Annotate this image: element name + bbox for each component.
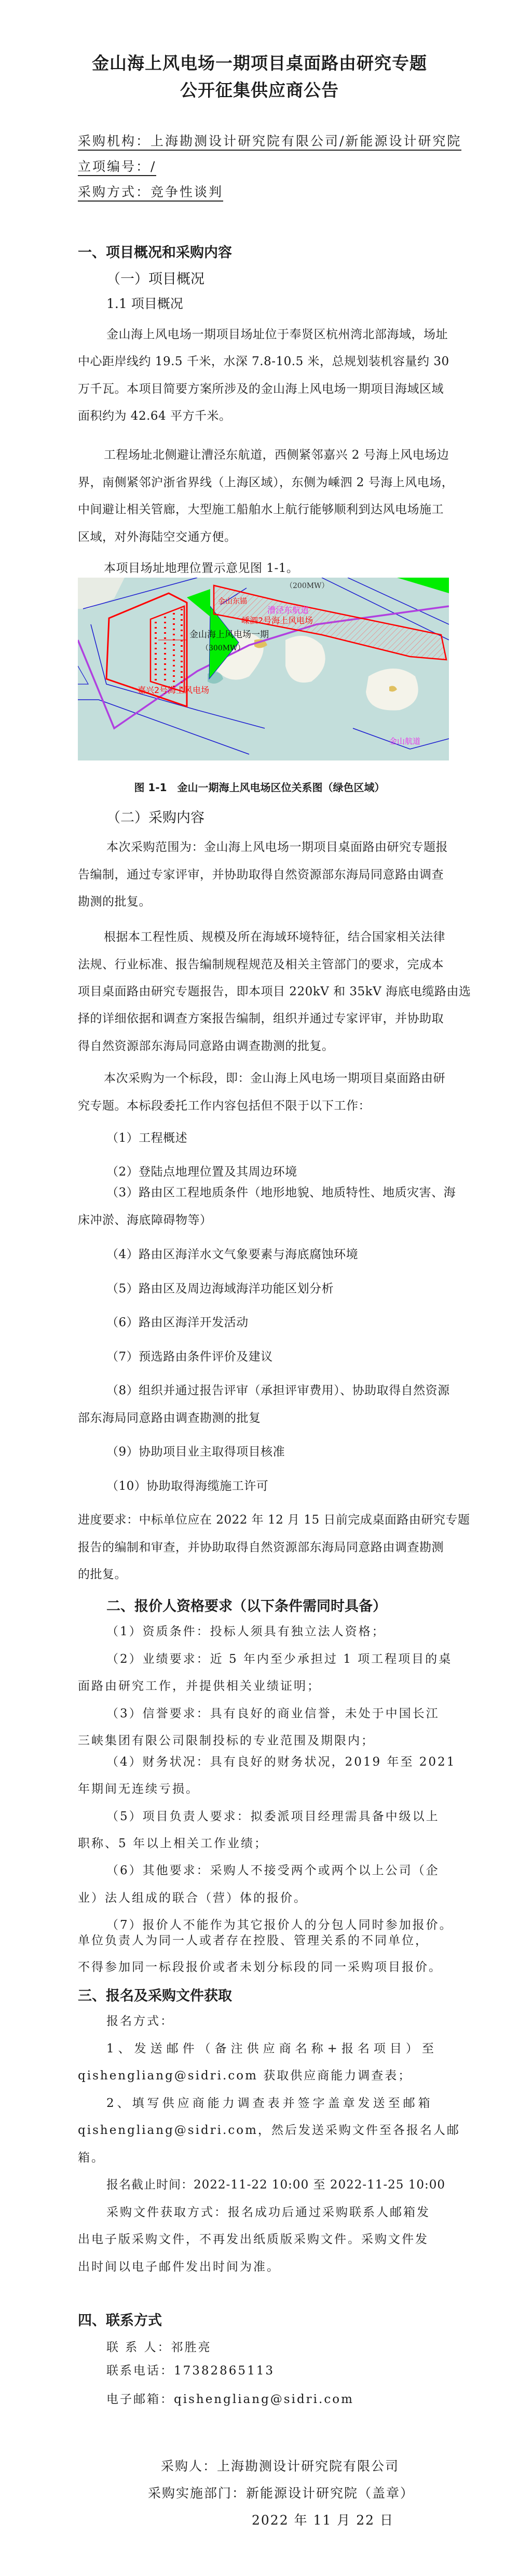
paragraph-line: 究专题。本标段委托工作内容包括但不限于以下工作： (78, 1096, 449, 1113)
paragraph-line: 勘测的批复。 (78, 892, 449, 909)
contact-person: 联 系 人：祁胜亮 (106, 2338, 477, 2355)
qualification-line: （7）报价人不能作为其它报价人的分包人同时参加报价。 (106, 1915, 477, 1932)
work-item: 床冲淤、海底障碍物等） (78, 1210, 449, 1227)
work-item: （5）路由区及周边海域海洋功能区划分析 (106, 1279, 477, 1296)
qualification-line: （1）资质条件：投标人须具有独立法人资格； (106, 1622, 477, 1639)
qualification-line: 年期间无连续亏损。 (78, 1779, 449, 1796)
paragraph-line: 根据本工程性质、规模及所在海域环境特征，结合国家相关法律 (104, 927, 475, 944)
map-label-jiaxing: 嘉兴2号海上风电场 (138, 685, 209, 695)
procurement-agency: 采购机构：上海勘测设计研究院有限公司/新能源设计研究院 (78, 133, 461, 151)
map-label-project: 金山海上风电场一期 (189, 630, 269, 640)
paragraph-line: 工程场址北侧避让漕泾东航道，西侧紧邻嘉兴 2 号海上风电场边 (104, 445, 475, 462)
paragraph-line: 金山海上风电场一期项目场址位于奉贤区杭州湾北部海域，场址 (106, 325, 477, 342)
registration-line: 1、发送邮件（备注供应商名称+报名项目）至 (106, 2039, 477, 2056)
subheading-procurement-content: （二）采购内容 (106, 806, 204, 826)
work-item: 部东海局同意路由调查勘测的批复 (78, 1408, 449, 1425)
section-heading-2: 二、报价人资格要求（以下条件需同时具备） (106, 1595, 387, 1615)
paragraph-line: 择的详细依据和调查方案报告编制，组织并通过专家评审，并协助取 (78, 1009, 449, 1026)
project-number: 立项编号：/ (78, 158, 156, 176)
qualification-line: 三峡集团有限公司限制投标的专业范围及期限内； (78, 1731, 449, 1748)
registration-line: 2、填写供应商能力调查表并签字盖章发送至邮箱 (106, 2093, 477, 2111)
map-label-anchorage: 金山东锚 (218, 597, 247, 606)
schedule-line: 的批复。 (78, 1565, 449, 1582)
section-heading-4: 四、联系方式 (78, 2309, 162, 2329)
figure-reference: 本项目场址地理位置示意见图 1-1。 (104, 558, 475, 576)
paragraph-line: 项目桌面路由研究专题报告，即本项目 220kV 和 35kV 海底电缆路由选 (78, 982, 449, 999)
paragraph-line: 区域，对外海陆空交通方便。 (78, 527, 449, 544)
site-location-map: 金山海上风电场一期 （300MW） 嘉兴2号海上风电场 嵊泗2号海上风电场 金山… (78, 578, 449, 760)
signature-department: 采购实施部门：新能源设计研究院（盖章） (148, 2483, 414, 2502)
registration-line: 出电子版采购文件，不再发出纸质版采购文件。采购文件发 (78, 2230, 449, 2247)
map-label-project-mw: （300MW） (201, 644, 244, 652)
work-item: （8）组织并通过报告评审（承担评审费用）、协助取得自然资源 (106, 1381, 477, 1398)
qualification-line: （3）信誉要求：具有良好的商业信誉，未处于中国长江 (106, 1704, 477, 1721)
map-label-200mw: （200MW） (285, 582, 329, 590)
qualification-line: （6）其他要求：采购人不接受两个或两个以上公司（企 (106, 1861, 477, 1878)
qualification-line: （4）财务状况：具有良好的财务状况，2019 年至 2021 (106, 1752, 477, 1769)
work-item: （10）协助取得海缆施工许可 (106, 1476, 477, 1493)
signature-purchaser: 采购人：上海勘测设计研究院有限公司 (161, 2456, 399, 2475)
contact-email[interactable]: 电子邮箱：qishengliang@sidri.com (106, 2390, 477, 2407)
registration-email-line[interactable]: qishengliang@sidri.com，然后发送采购文件至各报名人邮 (78, 2120, 449, 2138)
document-title-line1: 金山海上风电场一期项目桌面路由研究专题 (0, 50, 519, 74)
section-heading-1: 一、项目概况和采购内容 (78, 241, 232, 261)
paragraph-line: 面积约为 42.64 平方千米。 (78, 406, 449, 423)
paragraph-line: 本次采购为一个标段，即：金山海上风电场一期项目桌面路由研 (104, 1069, 475, 1086)
paragraph-line: 得自然资源部东海局同意路由调查勘测的批复。 (78, 1036, 449, 1053)
map-label-shengsi: 嵊泗2号海上风电场 (241, 616, 313, 625)
paragraph-line: 中心距岸线约 19.5 千米，水深 7.8-10.5 米，总规划装机容量约 30 (78, 352, 449, 369)
qualification-line: 职称、5 年以上相关工作业绩； (78, 1834, 449, 1851)
registration-line: 报名方式： (106, 2011, 477, 2028)
qualification-line: 单位负责人为同一人或者存在控股、管理关系的不同单位， (78, 1931, 449, 1948)
registration-email-line[interactable]: qishengliang@sidri.com 获取供应商能力调查表； (78, 2066, 449, 2083)
figure-caption: 图 1-1 金山一期海上风电场区位关系图（绿色区域） (0, 779, 519, 794)
qualification-line: （2）业绩要求：近 5 年内至少承担过 1 项工程项目的桌 (106, 1649, 477, 1666)
section-heading-3: 三、报名及采购文件获取 (78, 1984, 232, 2005)
paragraph-line: 告编制，通过专家评审，并协助取得自然资源部东海局同意路由调查 (78, 865, 449, 882)
subheading-1-1: 1.1 项目概况 (106, 293, 183, 312)
paragraph-line: 万千瓦。本项目简要方案所涉及的金山海上风电场一期项目海域区域 (78, 379, 449, 396)
map-label-jinshan-channel: 金山航道 (389, 737, 420, 746)
paragraph-line: 界，南侧紧邻沪浙省界线（上海区域），东侧为嵊泗 2 号海上风电场， (78, 473, 449, 490)
signature-date: 2022 年 11 月 22 日 (252, 2510, 394, 2529)
document-title-line2: 公开征集供应商公告 (0, 77, 519, 101)
procurement-method: 采购方式：竞争性谈判 (78, 184, 223, 202)
work-item: （7）预选路由条件评价及建议 (106, 1347, 477, 1364)
work-item: （3）路由区工程地质条件（地形地貌、地质特性、地质灾害、海 (106, 1183, 477, 1200)
registration-line: 采购文件获取方式：报名成功后通过采购联系人邮箱发 (106, 2203, 477, 2220)
qualification-line: 业）法人组成的联合（营）体的报价。 (78, 1888, 449, 1905)
work-item: （1）工程概述 (106, 1128, 477, 1145)
work-item: （2）登陆点地理位置及其周边环境 (106, 1162, 477, 1179)
paragraph-line: 本次采购范围为：金山海上风电场一期项目桌面路由研究专题报 (106, 837, 477, 855)
map-graphic: 金山海上风电场一期 （300MW） 嘉兴2号海上风电场 嵊泗2号海上风电场 金山… (78, 578, 449, 760)
paragraph-line: 法规、行业标准、报告编制规程规范及相关主管部门的要求，完成本 (78, 955, 449, 972)
contact-phone[interactable]: 联系电话：17382865113 (106, 2361, 477, 2378)
work-item: （9）协助项目业主取得项目核准 (106, 1442, 477, 1459)
subheading-overview: （一）项目概况 (106, 268, 204, 288)
schedule-line: 进度要求：中标单位应在 2022 年 12 月 15 日前完成桌面路由研究专题 (78, 1510, 449, 1527)
registration-deadline: 报名截止时间：2022-11-22 10:00 至 2022-11-25 10:… (106, 2175, 477, 2192)
qualification-line: 面路由研究工作，并提供相关业绩证明； (78, 1676, 449, 1693)
registration-line: 箱。 (78, 2148, 449, 2165)
paragraph-line: 中间避让相关管廊，大型施工船舶水上航行能够顺利到达风电场施工 (78, 500, 449, 517)
map-label-caojing-channel: 漕泾东航道 (267, 605, 309, 615)
qualification-line: （5）项目负责人要求：拟委派项目经理需具备中级以上 (106, 1807, 477, 1824)
schedule-line: 报告的编制和审查，并协助取得自然资源部东海局同意路由调查勘测 (78, 1538, 449, 1555)
qualification-line: 不得参加同一标段报价或者未划分标段的同一采购项目报价。 (78, 1957, 449, 1974)
work-item: （6）路由区海洋开发活动 (106, 1313, 477, 1330)
registration-line: 出时间以电子邮件发出时间为准。 (78, 2257, 449, 2274)
work-item: （4）路由区海洋水文气象要素与海底腐蚀环境 (106, 1245, 477, 1262)
